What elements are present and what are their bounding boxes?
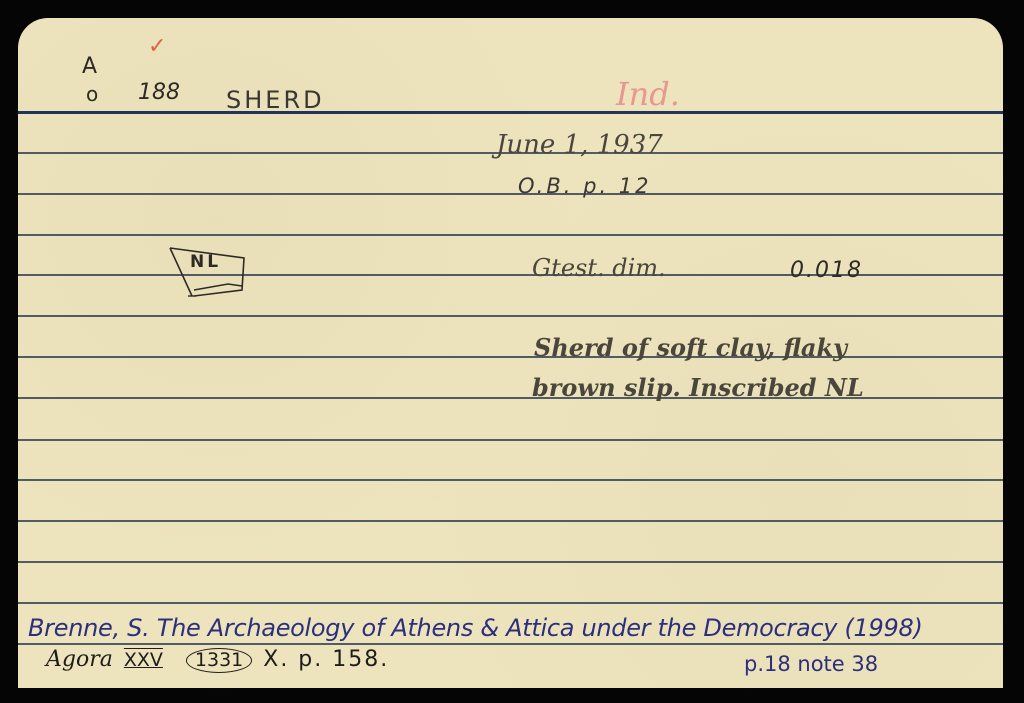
description-line-1: Sherd of soft clay, flaky (534, 336, 847, 360)
collection-letter: A (82, 56, 97, 78)
sketch-label: NL (190, 254, 221, 271)
page-note: p.18 note 38 (744, 654, 878, 675)
inventory-number: 188 (138, 82, 180, 104)
ruled-line (18, 602, 1003, 604)
ruled-line (18, 520, 1003, 522)
ruled-line (18, 234, 1003, 236)
journal-name: Agora (46, 647, 113, 672)
volume-number: XXV (124, 649, 163, 671)
ruled-line (18, 193, 1003, 195)
bibliography-citation: Brenne, S. The Archaeology of Athens & A… (28, 616, 923, 640)
header-rule (18, 111, 1003, 114)
description-line-2: brown slip. Inscribed NL (532, 376, 864, 400)
inventory-prefix: o (86, 84, 98, 104)
reference-suffix: X. p. 158. (263, 647, 389, 672)
ruled-line (18, 439, 1003, 441)
agora-reference: Agora XXV 1331 X. p. 158. (46, 648, 389, 673)
ruled-line (18, 643, 1003, 645)
index-card: A ✓ o 188 SHERD Ind. June 1, 1937 O.B. p… (18, 18, 1003, 688)
ruled-line (18, 561, 1003, 563)
catalog-number: 1331 (186, 648, 252, 673)
ruled-line (18, 479, 1003, 481)
date: June 1, 1937 (496, 132, 663, 158)
ruled-line (18, 356, 1003, 358)
dimension-value: 0.018 (790, 260, 863, 282)
check-mark-icon: ✓ (148, 36, 166, 58)
indexed-mark: Ind. (616, 78, 680, 110)
notebook-reference: O.B. p. 12 (518, 176, 652, 197)
object-type: SHERD (226, 88, 325, 112)
dimension-label: Gtest. dim. (532, 256, 666, 280)
ruled-line (18, 315, 1003, 317)
